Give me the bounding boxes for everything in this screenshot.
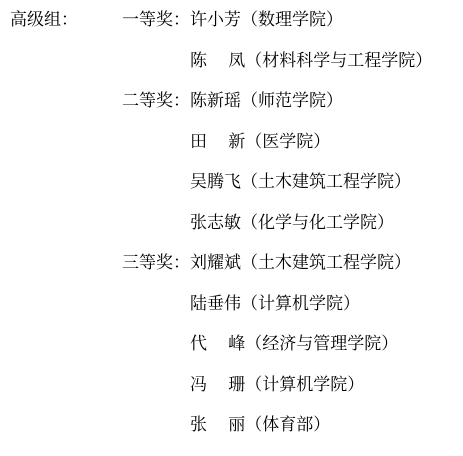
winner-name: 张 丽	[190, 405, 245, 446]
winner-name: 吴腾飞	[190, 162, 241, 203]
award-list-document: 高级组： 一等奖： 许小芳 （数理学院） 陈 凤 （材料科学与工程学院） 二等奖…	[0, 0, 463, 456]
winner-department: （材料科学与工程学院）	[245, 41, 432, 82]
winner-department: （经济与管理学院）	[245, 324, 398, 365]
winner-row: 二等奖： 陈新瑶 （师范学院）	[10, 81, 463, 122]
winner-department: （师范学院）	[241, 81, 343, 122]
winner-row: 三等奖： 刘耀斌 （土木建筑工程学院）	[10, 243, 463, 284]
winner-row: 代 峰 （经济与管理学院）	[10, 324, 463, 365]
winner-department: （数理学院）	[241, 0, 343, 41]
winner-row: 吴腾飞 （土木建筑工程学院）	[10, 162, 463, 203]
winner-department: （土木建筑工程学院）	[241, 243, 411, 284]
group-label: 高级组：	[10, 0, 122, 41]
winner-department: （体育部）	[245, 405, 330, 446]
winner-department: （土木建筑工程学院）	[241, 162, 411, 203]
winner-department: （医学院）	[245, 122, 330, 163]
winner-row: 陈 凤 （材料科学与工程学院）	[10, 41, 463, 82]
winner-row: 陆垂伟 （计算机学院）	[10, 284, 463, 325]
winner-name: 代 峰	[190, 324, 245, 365]
winner-name: 陈新瑶	[190, 81, 241, 122]
winner-row: 张 丽 （体育部）	[10, 405, 463, 446]
award-tier-label: 三等奖：	[122, 243, 190, 284]
winner-row: 田 新 （医学院）	[10, 122, 463, 163]
winner-department: （计算机学院）	[245, 365, 364, 406]
award-tier-label: 二等奖：	[122, 81, 190, 122]
winner-department: （计算机学院）	[241, 284, 360, 325]
winner-name: 张志敏	[190, 203, 241, 244]
winner-name: 刘耀斌	[190, 243, 241, 284]
winner-row: 高级组： 一等奖： 许小芳 （数理学院）	[10, 0, 463, 41]
winner-name: 陆垂伟	[190, 284, 241, 325]
winner-name: 许小芳	[190, 0, 241, 41]
winner-row: 冯 珊 （计算机学院）	[10, 365, 463, 406]
winner-row: 张志敏 （化学与化工学院）	[10, 203, 463, 244]
winner-department: （化学与化工学院）	[241, 203, 394, 244]
winner-name: 陈 凤	[190, 41, 245, 82]
winner-name: 田 新	[190, 122, 245, 163]
winner-name: 冯 珊	[190, 365, 245, 406]
award-tier-label: 一等奖：	[122, 0, 190, 41]
